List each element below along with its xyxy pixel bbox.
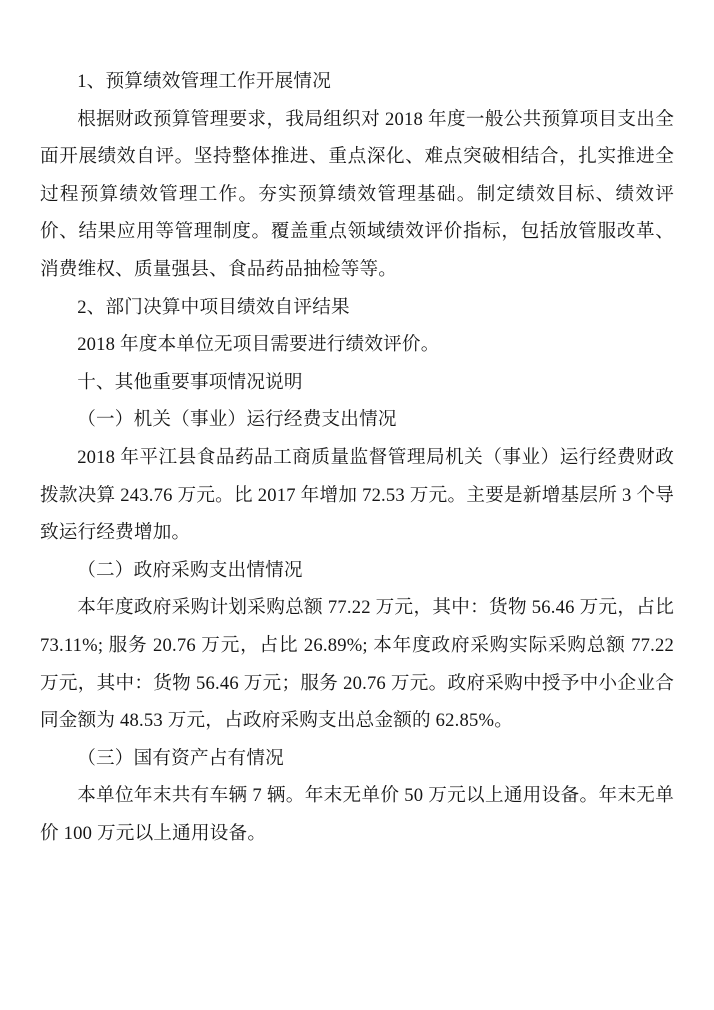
paragraph-government-procurement-detail: 本年度政府采购计划采购总额 77.22 万元，其中：货物 56.46 万元，占比… [40,589,674,739]
document-text-block: 1、预算绩效管理工作开展情况 根据财政预算管理要求，我局组织对 2018 年度一… [40,63,674,852]
paragraph-budget-performance-detail: 根据财政预算管理要求，我局组织对 2018 年度一般公共预算项目支出全面开展绩效… [40,101,674,289]
heading-budget-performance-work: 1、预算绩效管理工作开展情况 [40,63,674,101]
paragraph-state-owned-assets-detail: 本单位年末共有车辆 7 辆。年末无单价 50 万元以上通用设备。年末无单价 10… [40,777,674,852]
paragraph-operating-expense-detail: 2018 年平江县食品药品工商质量监督管理局机关（事业）运行经费财政拨款决算 2… [40,439,674,552]
heading-other-important-matters: 十、其他重要事项情况说明 [40,364,674,402]
heading-state-owned-assets: （三）国有资产占有情况 [40,740,674,778]
heading-government-procurement: （二）政府采购支出情情况 [40,552,674,590]
heading-self-evaluation-result: 2、部门决算中项目绩效自评结果 [40,289,674,327]
paragraph-no-project-evaluation: 2018 年度本单位无项目需要进行绩效评价。 [40,326,674,364]
heading-operating-expense: （一）机关（事业）运行经费支出情况 [40,401,674,439]
document-page: 1、预算绩效管理工作开展情况 根据财政预算管理要求，我局组织对 2018 年度一… [0,0,714,1010]
